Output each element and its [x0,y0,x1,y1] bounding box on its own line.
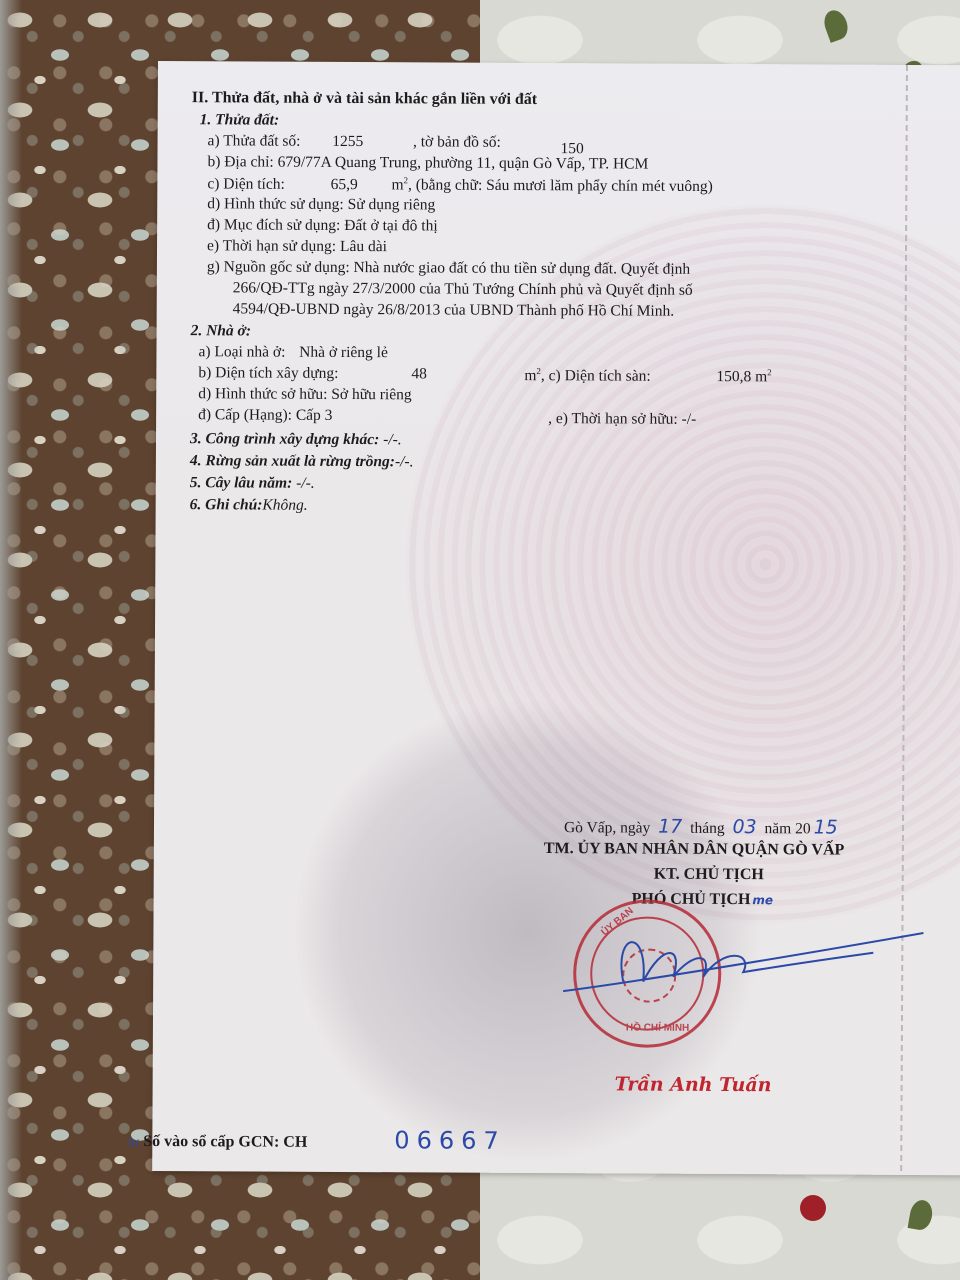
other-item-4: 4. Rừng sản xuất là rừng trồng:-/-. [190,452,414,471]
grade-row: đ) Cấp (Hạng): Cấp 3 [198,406,332,425]
address-label: b) Địa chỉ: [207,153,273,170]
address-row: b) Địa chỉ: 679/77A Quang Trung, phường … [207,153,648,173]
house-title: 2. Nhà ở: [191,322,252,340]
map-sheet-label: , tờ bản đồ số: [413,133,501,150]
origin-line-1: Nhà nước giao đất có thu tiền sử dụng đấ… [353,259,690,278]
handwritten-signature [553,921,933,1003]
signing-year-suffix: 15 [814,816,838,838]
house-type-row: a) Loại nhà ở: Nhà ở riêng lẻ [198,343,387,362]
section-heading: II. Thửa đất, nhà ở và tài sản khác gắn … [192,89,537,109]
registry-row: lu Số vào sổ cấp GCN: CH [128,1133,307,1152]
signing-month: 03 [732,816,756,838]
registry-number: 06667 [394,1126,506,1155]
grade-value: Cấp 3 [296,407,333,424]
signing-date-row: Gò Vấp, ngày 17 tháng 03 năm 2015 [564,815,838,838]
parcel-number: 1255 [332,133,363,150]
land-certificate-page: II. Thửa đất, nhà ở và tài sản khác gắn … [152,61,960,1175]
area-row: c) Diện tích: 65,9 m2, (bằng chữ: Sáu mư… [207,174,713,196]
ownership-term-row: , e) Thời hạn sở hữu: -/- [548,410,696,429]
parcel-label: a) Thửa đất số: [208,132,301,149]
house-type-value: Nhà ở riêng lẻ [299,344,388,361]
use-purpose-row: đ) Mục đích sử dụng: Đất ở tại đô thị [207,216,438,235]
area-unit: m [391,176,403,193]
on-behalf-label: KT. CHỦ TỊCH [654,866,764,885]
floor-area-value: 150,8 m2 [716,367,771,386]
floor-area-row: m2, c) Diện tích sàn: [524,366,650,386]
signer-name: Trần Anh Tuấn [615,1073,772,1096]
issuing-authority: TM. ỦY BAN NHÂN DÂN QUẬN GÒ VẤP [544,840,845,860]
registry-initials: lu [128,1135,139,1149]
origin-line-2: 266/QĐ-TTg ngày 27/3/2000 của Thủ Tướng … [233,279,693,299]
seal-bottom-text: HỒ CHÍ MINH [626,1022,689,1033]
area-value: 65,9 [331,176,358,193]
use-term-row: e) Thời hạn sử dụng: Lâu dài [207,237,387,256]
origin-row: g) Nguồn gốc sử dụng: Nhà nước giao đất … [207,258,690,279]
leaf-decoration [908,1198,935,1231]
origin-line-3: 4594/QĐ-UBND ngày 26/8/2013 của UBND Thà… [233,300,675,320]
registry-label: Số vào sổ cấp GCN: CH [143,1133,307,1151]
built-area-row: b) Diện tích xây dựng: [198,364,338,383]
area-words: , (bằng chữ: Sáu mươi lăm phẩy chín mét … [408,176,713,195]
initials: me [752,893,773,907]
other-item-3: 3. Công trình xây dựng khác: -/-. [190,430,402,449]
parcel-row: a) Thửa đất số: 1255 , tờ bản đồ số: 150 [208,132,584,152]
leaf-decoration [821,7,852,43]
built-area-value: 48 [411,365,427,383]
other-item-5: 5. Cây lâu năm: -/-. [190,474,315,493]
address-value: 679/77A Quang Trung, phường 11, quận Gò … [278,154,649,173]
use-term-value: Lâu dài [340,238,387,255]
ownership-term-value: -/- [682,411,697,428]
use-form: d) Hình thức sử dụng: Sử dụng riêng [207,195,435,214]
other-item-6-notes: 6. Ghi chú:Không. [190,496,308,515]
signing-day: 17 [658,816,682,838]
ownership-form: d) Hình thức sở hữu: Sở hữu riêng [198,385,411,404]
land-title: 1. Thửa đất: [200,111,280,129]
use-purpose-value: Đất ở tại đô thị [344,217,438,234]
area-label: c) Diện tích: [207,175,285,192]
flower-decoration [800,1195,826,1221]
